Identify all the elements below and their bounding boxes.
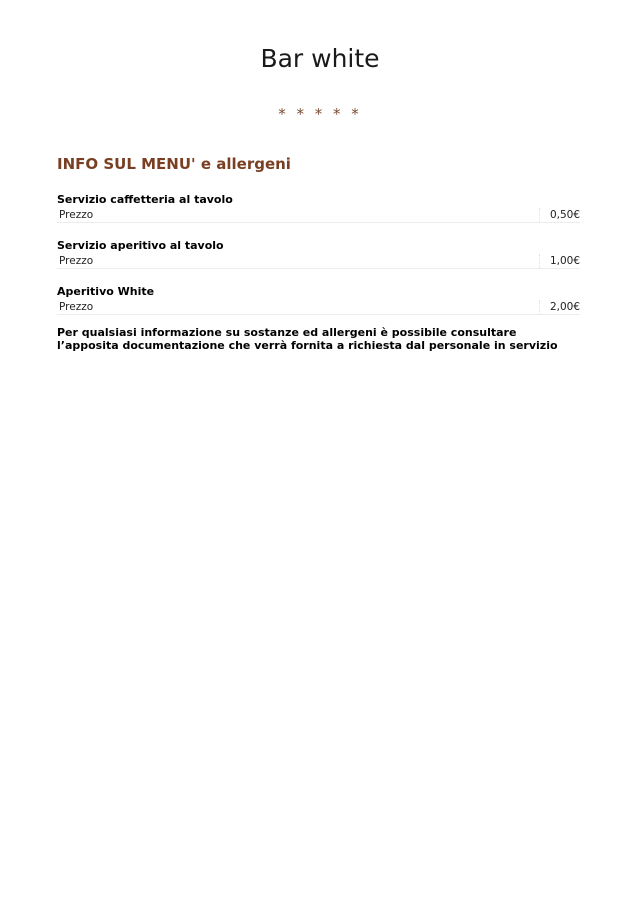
menu-item: Servizio aperitivo al tavolo Prezzo 1,00… bbox=[57, 238, 580, 269]
menu-item-price-row: Prezzo 2,00€ bbox=[57, 299, 580, 315]
menu-items-list: Servizio caffetteria al tavolo Prezzo 0,… bbox=[57, 192, 580, 330]
menu-item-name: Servizio aperitivo al tavolo bbox=[57, 238, 580, 253]
price-label: Prezzo bbox=[57, 300, 93, 314]
menu-item: Servizio caffetteria al tavolo Prezzo 0,… bbox=[57, 192, 580, 223]
rating-stars: * * * * * bbox=[0, 105, 640, 123]
allergen-note: Per qualsiasi informazione su sostanze e… bbox=[57, 326, 577, 352]
menu-item-price-row: Prezzo 0,50€ bbox=[57, 207, 580, 223]
menu-item-name: Servizio caffetteria al tavolo bbox=[57, 192, 580, 207]
section-title: INFO SUL MENU' e allergeni bbox=[57, 155, 291, 173]
page-title: Bar white bbox=[0, 44, 640, 73]
price-value: 2,00€ bbox=[539, 300, 580, 314]
menu-item: Aperitivo White Prezzo 2,00€ bbox=[57, 284, 580, 315]
price-label: Prezzo bbox=[57, 208, 93, 222]
price-value: 0,50€ bbox=[539, 208, 580, 222]
price-value: 1,00€ bbox=[539, 254, 580, 268]
menu-item-name: Aperitivo White bbox=[57, 284, 580, 299]
price-label: Prezzo bbox=[57, 254, 93, 268]
menu-item-price-row: Prezzo 1,00€ bbox=[57, 253, 580, 269]
